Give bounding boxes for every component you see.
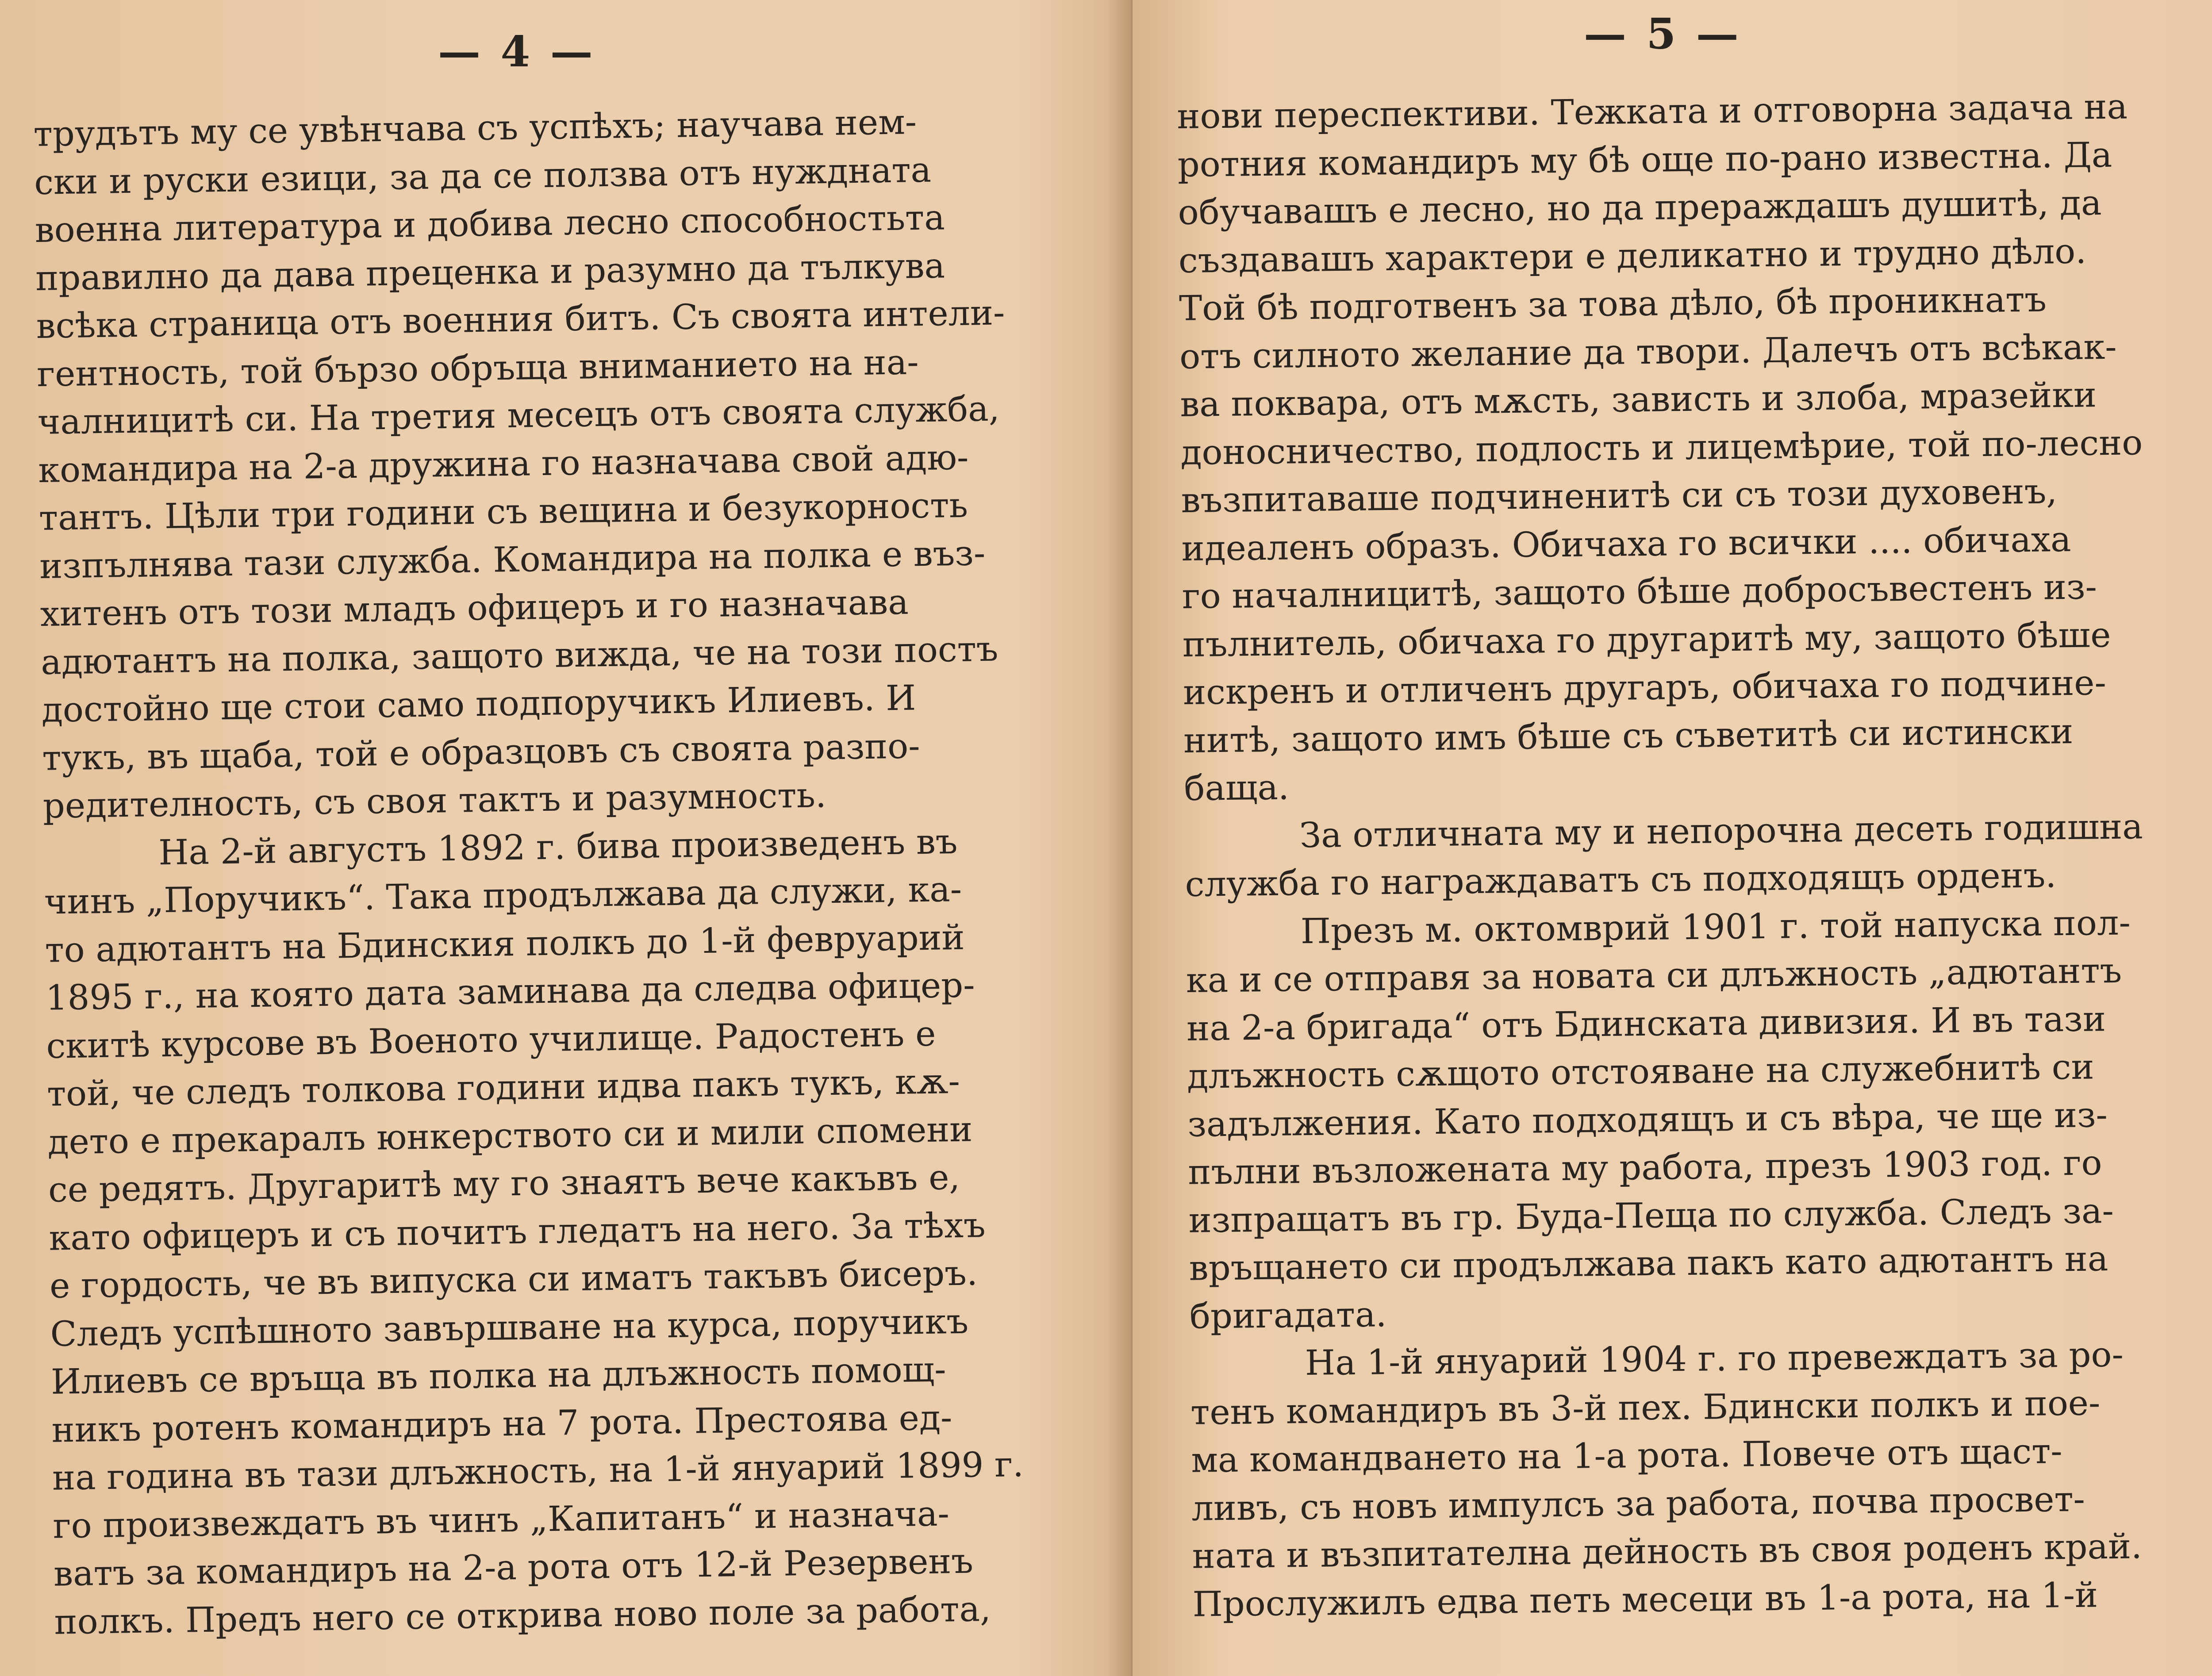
right-page-body: нови переспективи. Тежката и отговорна з… (1177, 83, 2157, 1629)
page-number-right: — 5 — (1584, 9, 1741, 59)
book-spread: — 4 — трудътъ му се увѣнчава съ успѣхъ; … (0, 0, 2212, 1676)
left-page-body: трудътъ му се увѣнчава съ успѣхъ; научав… (33, 97, 1019, 1646)
text-line: Прослужилъ едва петь месеци въ 1-а рота,… (1192, 1570, 2157, 1628)
left-page: — 4 — трудътъ му се увѣнчава съ успѣхъ; … (0, 0, 1133, 1676)
text-line: връщането си продължава пакъ като адютан… (1189, 1235, 2154, 1292)
page-number-left: — 4 — (438, 27, 595, 77)
right-page: — 5 — нови переспективи. Тежката и отгов… (1133, 0, 2212, 1676)
text-line: нитѣ, защото имъ бѣше съ съветитѣ си ист… (1183, 707, 2148, 765)
